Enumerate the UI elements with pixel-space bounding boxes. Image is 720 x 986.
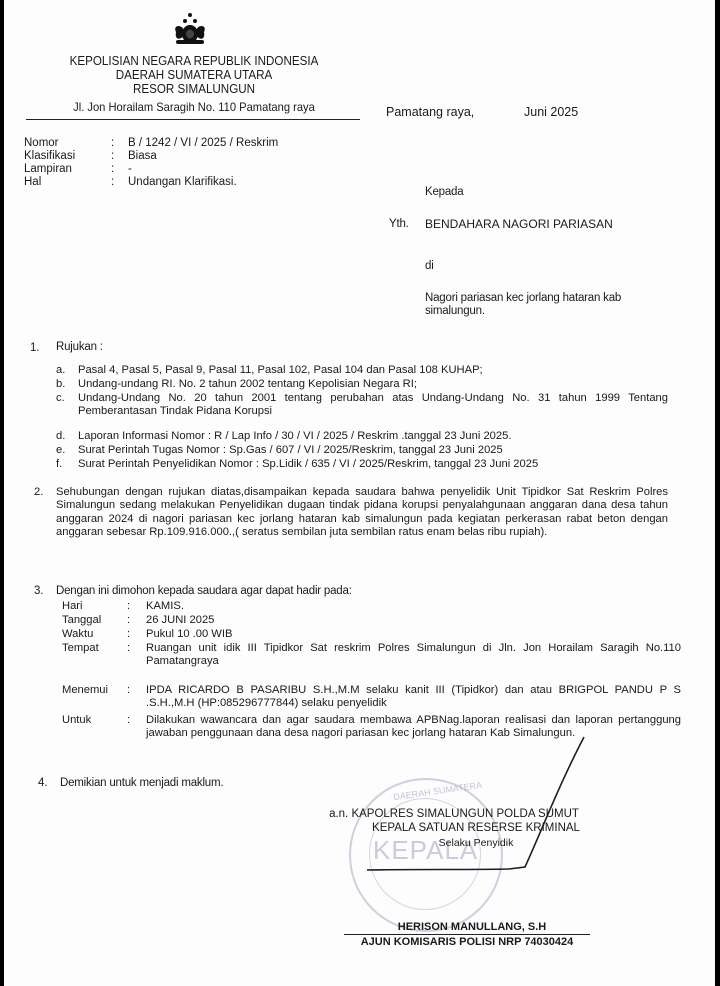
signer-rank: AJUN KOMISARIS POLISI NRP 74030424 bbox=[317, 936, 617, 948]
place-label: Pamatang raya, bbox=[386, 105, 474, 119]
letterhead-region: DAERAH SUMATERA UTARA bbox=[45, 68, 343, 82]
signature-role: Selaku Penyidik bbox=[326, 837, 626, 849]
letter-subject: Undangan Klarifikasi. bbox=[128, 176, 237, 188]
signature-position: KEPALA SATUAN RESERSE KRIMINAL bbox=[326, 822, 626, 834]
letterhead-institution: KEPOLISIAN NEGARA REPUBLIK INDONESIA bbox=[45, 54, 343, 68]
police-emblem-icon bbox=[170, 12, 210, 48]
letterhead-address: Jl. Jon Horailam Saragih No. 110 Pamatan… bbox=[45, 100, 343, 114]
section4-text: Demikian untuk menjadi maklum. bbox=[60, 777, 223, 789]
section3-intro: Dengan ini dimohon kepada saudara agar d… bbox=[56, 585, 352, 597]
section3-number: 3. bbox=[34, 585, 43, 597]
signature-on-behalf: a.n. KAPOLRES SIMALUNGUN POLDA SUMUT bbox=[304, 808, 604, 820]
letterhead-underline bbox=[26, 119, 360, 120]
signer-name: HERISON MANULLANG, S.H bbox=[322, 921, 622, 933]
letter-number: B / 1242 / VI / 2025 / Reskrim bbox=[128, 137, 278, 149]
letter-page: KEPOLISIAN NEGARA REPUBLIK INDONESIA DAE… bbox=[4, 0, 715, 986]
section1-title: Rujukan : bbox=[56, 341, 103, 353]
recipient-kepada: Kepada bbox=[425, 186, 463, 198]
handwritten-signature bbox=[359, 735, 599, 905]
signer-underline bbox=[344, 934, 590, 935]
recipient-di: di bbox=[425, 260, 434, 272]
letter-date: Juni 2025 bbox=[524, 105, 578, 119]
recipient-name: BENDAHARA NAGORI PARIASAN bbox=[425, 217, 613, 231]
section1-number: 1. bbox=[30, 342, 39, 354]
section4-number: 4. bbox=[38, 777, 47, 789]
recipient-address: Nagori pariasan kec jorlang hataran kab … bbox=[425, 292, 675, 318]
recipient-yth: Yth. bbox=[389, 218, 409, 230]
letterhead-resort: RESOR SIMALUNGUN bbox=[45, 82, 343, 96]
